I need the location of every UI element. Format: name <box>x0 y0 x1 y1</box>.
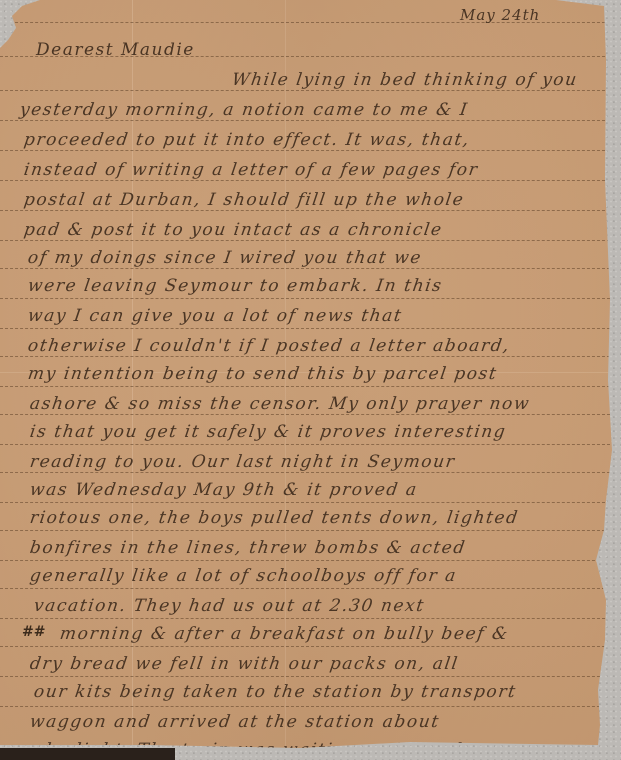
margin-scribble: ## <box>22 624 45 640</box>
ruled-line <box>0 560 610 562</box>
letter-line: were leaving Seymour to embark. In this <box>27 276 444 296</box>
letter-page: May 24th Dearest Maudie While lying in b… <box>0 0 621 760</box>
ruled-line <box>0 298 610 300</box>
ruled-line <box>0 646 610 648</box>
ruled-line <box>0 588 610 590</box>
ruled-line <box>0 120 610 122</box>
letter-line: postal at Durban, I should fill up the w… <box>23 190 466 210</box>
ruled-line <box>0 706 610 708</box>
ruled-line <box>0 356 610 358</box>
letter-line: vacation. They had us out at 2.30 next <box>33 596 427 616</box>
salutation: Dearest Maudie <box>36 40 195 60</box>
letter-line: generally like a lot of schoolboys off f… <box>29 566 459 586</box>
letter-line: While lying in bed thinking of you <box>231 70 580 90</box>
letter-line: waggon and arrived at the station about <box>29 712 442 732</box>
letter-line: is that you get it safely & it proves in… <box>29 422 508 442</box>
letter-line: was Wednesday May 9th & it proved a <box>29 480 420 500</box>
letter-line: ashore & so miss the censor. My only pra… <box>29 394 532 414</box>
letter-line: reading to you. Our last night in Seymou… <box>29 452 457 472</box>
letter-line: dry bread we fell in with our packs on, … <box>29 654 460 674</box>
letter-line: instead of writing a letter of a few pag… <box>23 160 480 180</box>
ruled-line <box>0 268 610 270</box>
letter-date: May 24th <box>460 6 540 24</box>
letter-line: my intention being to send this by parce… <box>27 364 499 384</box>
ruled-line <box>0 676 610 678</box>
ruled-line <box>0 90 610 92</box>
ruled-line <box>0 502 610 504</box>
letter-line: morning & after a breakfast on bully bee… <box>59 624 511 644</box>
letter-line: riotous one, the boys pulled tents down,… <box>29 508 520 528</box>
scan-shadow <box>0 748 175 760</box>
letter-line: bonfires in the lines, threw bombs & act… <box>29 538 468 558</box>
ruled-line <box>0 444 610 446</box>
ruled-line <box>0 530 610 532</box>
ruled-line <box>0 150 610 152</box>
letter-line: our kits being taken to the station by t… <box>33 682 518 702</box>
ruled-line <box>0 328 610 330</box>
ruled-line <box>0 472 610 474</box>
letter-line: way I can give you a lot of news that <box>27 306 404 326</box>
letter-line: proceeded to put it into effect. It was,… <box>23 130 472 150</box>
ruled-line <box>0 414 610 416</box>
ruled-line <box>0 240 610 242</box>
ruled-line <box>0 210 610 212</box>
letter-line: pad & post it to you intact as a chronic… <box>23 220 444 240</box>
letter-line: of my doings since I wired you that we <box>27 248 424 268</box>
ruled-line <box>0 618 610 620</box>
ruled-line <box>0 386 610 388</box>
letter-line: otherwise I couldn't if I posted a lette… <box>27 336 512 356</box>
letter-line: yesterday morning, a notion came to me &… <box>19 100 470 120</box>
ruled-line <box>0 180 610 182</box>
